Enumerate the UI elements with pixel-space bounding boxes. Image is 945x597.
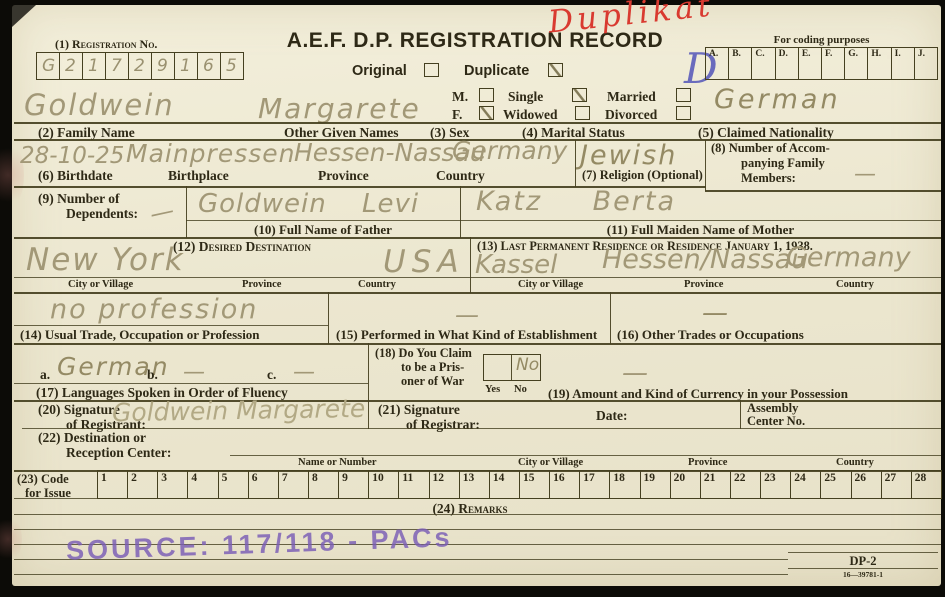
coding-box-cell: G. [844,48,867,79]
divider [368,400,369,429]
male-checkbox [479,88,494,102]
original-checkbox [424,63,439,77]
coding-box-cell: I. [891,48,914,79]
reception-city-label: City or Village [518,457,583,468]
coding-boxes: A.B.C.D.E.F.G.H.I.J. [705,47,938,80]
religion-label: (7) Religion (Optional) [582,168,703,183]
destination-country-value: USA [383,244,465,280]
divider [14,498,97,499]
code-cell: 28 [911,471,941,498]
birthplace-label: Birthplace [168,168,229,184]
code-for-issue-cells: 1234567891011121314151617181920212223242… [97,470,942,499]
pow-yes-label: Yes [485,384,500,395]
coding-box-cell: D. [775,48,798,79]
name-or-number-label: Name or Number [298,457,377,468]
divider [460,220,941,221]
destination-city-value: New York [26,242,185,278]
code-cell: 9 [338,471,368,498]
male-label: M. [452,89,468,105]
reception-country-label: Country [836,457,874,468]
code-cell: 12 [429,471,459,498]
code-cell: 8 [308,471,338,498]
trade-value: no profession [50,294,258,325]
coding-box-cell: C. [751,48,774,79]
divider [186,220,460,221]
reception-center-label-line1: (22) Destination or [38,430,146,446]
code-cell: 24 [790,471,820,498]
divider [14,383,368,384]
divider [470,237,471,293]
ruled-line [14,529,941,530]
duplicate-checkbox [548,63,563,77]
residence-country-value: Germany [786,242,911,273]
divider [14,343,941,345]
code-for-issue-label-line1: (23) Code [17,472,69,487]
registration-digit: 9 [151,53,174,79]
code-cell: 26 [851,471,881,498]
code-cell: 3 [157,471,187,498]
religion-value: Jewish [580,140,677,171]
divider [511,354,512,381]
code-cell: 14 [489,471,519,498]
code-cell: 23 [760,471,790,498]
code-cell: 22 [730,471,760,498]
code-cell: 6 [248,471,278,498]
pow-answer-value: No [516,355,539,375]
code-cell: 16 [549,471,579,498]
registration-digit: 7 [105,53,128,79]
language-a-label: a. [40,367,50,383]
establishment-label: (15) Performed in What Kind of Establish… [336,327,597,343]
paper-corner-fold [12,5,36,27]
pow-label-line2: to be a Pris- [401,360,464,375]
family-members-label-line1: (8) Number of Accom- [711,141,830,156]
code-cell: 2 [127,471,157,498]
divider [575,140,576,187]
registrant-signature-value: Goldwein Margarete [112,394,366,427]
registrar-signature-label-line2: of Registrar: [406,417,480,433]
divider [368,343,369,401]
other-trades-label: (16) Other Trades or Occupations [617,327,804,343]
usual-trade-label: (14) Usual Trade, Occupation or Professi… [20,327,260,343]
duplicate-label: Duplicate [464,63,529,79]
registration-digit: 1 [82,53,105,79]
father-label: (10) Full Name of Father [186,222,460,238]
married-label: Married [607,89,656,105]
date-label: Date: [596,408,627,424]
widowed-checkbox [575,106,590,120]
registrar-signature-label-line1: (21) Signature [378,402,460,418]
pow-no-label: No [514,384,527,395]
divider [705,140,706,191]
language-c-value: — [293,360,315,385]
code-cell: 4 [187,471,217,498]
family-members-label-line3: Members: [741,171,796,186]
original-label: Original [352,63,407,79]
residence-country-label: Country [836,279,874,290]
nationality-value: German [714,84,841,115]
divider [14,122,941,124]
code-cell: 27 [881,471,911,498]
mother-name-value: Katz Berta [476,186,676,217]
code-cell: 1 [98,471,127,498]
currency-value: — [622,358,648,388]
given-names-value: Margarete [258,92,421,125]
dependents-label-line2: Dependents: [66,206,138,222]
family-members-label-line2: panying Family [741,156,825,171]
family-name-value: Goldwein [24,88,175,122]
language-c-label: c. [267,367,276,383]
registration-number-boxes: G21729165 [36,52,244,80]
registrant-signature-label-line1: (20) Signature [38,402,120,418]
divider [610,292,611,344]
code-cell: 10 [368,471,398,498]
married-checkbox [676,88,691,102]
code-cell: 21 [700,471,730,498]
code-cell: 18 [609,471,639,498]
birth-province-label: Province [318,168,369,184]
coding-box-cell: H. [867,48,890,79]
ruled-line [14,514,941,515]
registration-no-label: (1) Registration No. [55,37,157,52]
other-trades-value: — [702,298,728,328]
code-cell: 11 [398,471,428,498]
pow-label-line3: oner of War [401,374,464,389]
code-cell: 7 [278,471,308,498]
language-b-value: — [183,360,205,385]
divider [22,428,941,429]
code-cell: 13 [459,471,489,498]
divider [328,292,329,344]
assembly-center-label-line2: Center No. [747,414,805,429]
divider [230,455,941,456]
birthdate-label: (6) Birthdate [38,168,113,184]
code-cell: 20 [670,471,700,498]
registration-digit: 2 [59,53,82,79]
coding-box-cell: E. [798,48,821,79]
divorced-label: Divorced [605,107,657,123]
reception-province-label: Province [688,457,727,468]
scanned-document: (1) Registration No. G21729165 A.E.F. D.… [0,0,945,597]
father-name-value: Goldwein Levi [198,189,419,219]
residence-province-label: Province [684,279,723,290]
family-members-value: — [854,162,876,187]
registration-digit: G [37,53,59,79]
establishment-value: — [455,301,479,329]
divider [788,552,938,553]
language-b-label: b. [147,367,158,383]
registration-digit: 6 [197,53,220,79]
registration-digit: 2 [128,53,151,79]
female-checkbox [479,106,494,120]
residence-city-label: City or Village [518,279,583,290]
coding-purposes-label: For coding purposes [705,34,938,46]
coding-box-cell: F. [821,48,844,79]
code-cell: 25 [820,471,850,498]
registration-digit: 1 [174,53,197,79]
birthdate-value: 28-10-25 [20,143,124,169]
form-code: DP-2 [788,554,938,569]
birth-country-label: Country [436,168,485,184]
female-label: F. [452,107,462,123]
print-code: 16—39781-1 [788,570,938,579]
destination-country-label: Country [358,279,396,290]
divider [740,400,741,429]
single-label: Single [508,89,543,105]
single-checkbox [572,88,587,102]
destination-province-label: Province [242,279,281,290]
widowed-label: Widowed [503,107,558,123]
birth-country-value: Germany [452,136,567,165]
coding-box-cell: B. [728,48,751,79]
mother-label: (11) Full Maiden Name of Mother [460,222,941,238]
pow-label-line1: (18) Do You Claim [375,346,472,361]
reception-center-label-line2: Reception Center: [66,445,171,461]
birthplace-value: Mainpressen [126,139,295,168]
registration-digit: 5 [220,53,243,79]
divider [705,190,941,192]
code-cell: 15 [519,471,549,498]
code-cell: 17 [579,471,609,498]
code-cell: 19 [640,471,670,498]
divorced-checkbox [676,106,691,120]
divider [788,568,938,569]
divider [14,325,328,326]
coding-box-cell: J. [914,48,937,79]
ruled-line [14,574,788,575]
divider [14,277,941,278]
residence-city-value: Kassel [475,250,557,280]
coding-box-cell: A. [706,48,728,79]
destination-city-label: City or Village [68,279,133,290]
code-cell: 5 [218,471,248,498]
residence-province-value: Hessen/Nassau [602,244,808,275]
dependents-label-line1: (9) Number of [38,191,120,207]
